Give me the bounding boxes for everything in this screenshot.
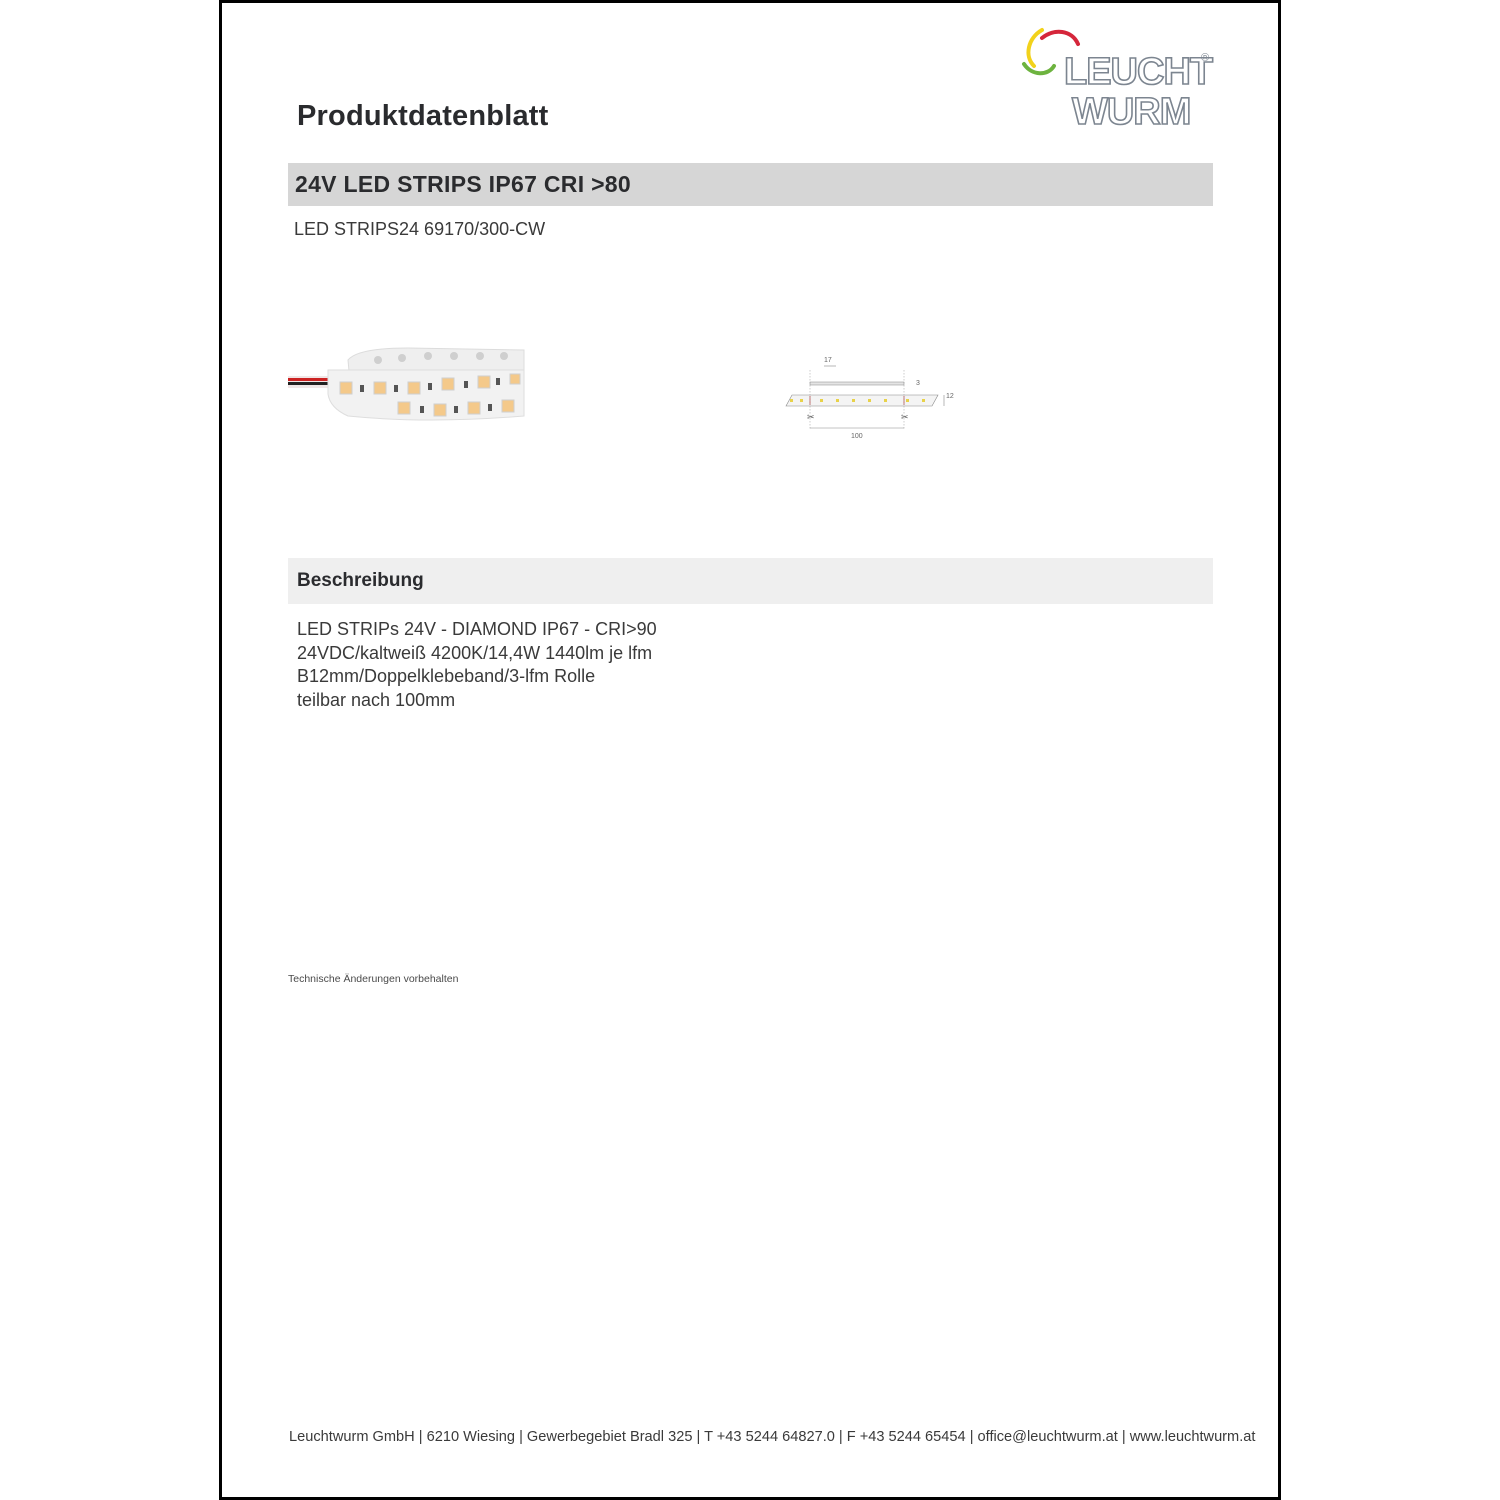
- registered-mark: ®: [1201, 52, 1209, 64]
- disclaimer-note: Technische Änderungen vorbehalten: [288, 973, 458, 985]
- description-heading-bar: Beschreibung: [288, 558, 1213, 604]
- dim-cut-length: 100: [851, 433, 863, 440]
- scissors-icon: ✂: [901, 412, 909, 422]
- dimension-drawing: 17 3 12 100 ✂ ✂: [776, 350, 956, 442]
- logo-line2: WURM: [1072, 91, 1190, 130]
- description-line: B12mm/Doppelklebeband/3-lfm Rolle: [297, 665, 657, 689]
- description-text: LED STRIPs 24V - DIAMOND IP67 - CRI>90 2…: [297, 618, 657, 712]
- article-number: LED STRIPS24 69170/300-CW: [294, 219, 545, 240]
- leuchtwurm-logo: LEUCHT WURM ®: [1020, 24, 1215, 130]
- dim-width: 12: [946, 393, 954, 400]
- product-name-bar: 24V LED STRIPS IP67 CRI >80: [288, 163, 1213, 206]
- document-title: Produktdatenblatt: [297, 100, 549, 133]
- description-line: LED STRIPs 24V - DIAMOND IP67 - CRI>90: [297, 618, 657, 642]
- dim-pitch: 17: [824, 357, 832, 364]
- dim-height: 3: [916, 380, 920, 387]
- description-heading: Beschreibung: [297, 570, 424, 592]
- product-name: 24V LED STRIPS IP67 CRI >80: [295, 171, 631, 198]
- description-line: 24VDC/kaltweiß 4200K/14,4W 1440lm je lfm: [297, 642, 657, 666]
- led-strip-photo: [288, 338, 528, 428]
- scissors-icon: ✂: [807, 412, 815, 422]
- description-line: teilbar nach 100mm: [297, 689, 657, 713]
- logo-line1: LEUCHT: [1064, 51, 1213, 93]
- company-footer: Leuchtwurm GmbH | 6210 Wiesing | Gewerbe…: [289, 1429, 1255, 1445]
